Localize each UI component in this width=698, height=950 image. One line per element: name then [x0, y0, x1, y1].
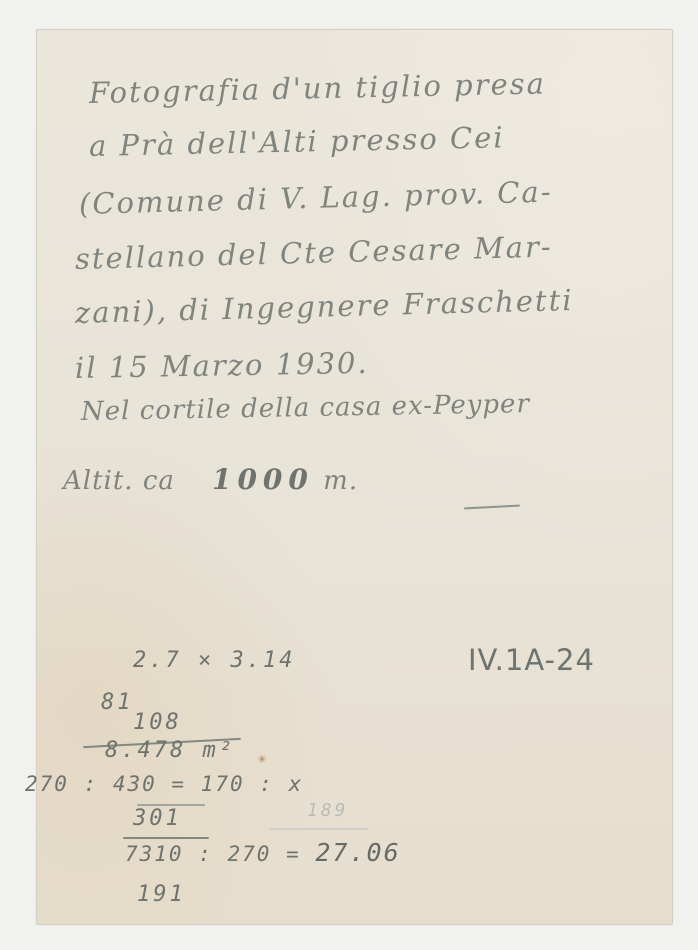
calc-division-result: 27.06	[315, 838, 400, 867]
calc-proportion: 270 : 430 = 170 : x	[25, 772, 303, 796]
calc-remainder: 301	[133, 806, 182, 831]
note-line-1: Fotografia d'un tiglio presa	[89, 66, 547, 110]
calc-division: 7310 : 270 = 27.06	[125, 838, 401, 867]
calc-partial-2: 108	[133, 710, 182, 735]
calc-rule-faint	[269, 828, 369, 830]
calc-faint-erased: 189	[307, 800, 349, 821]
calc-division-expression: 7310 : 270 =	[125, 842, 315, 866]
altitude-line: Altit. ca 1000 m.	[63, 463, 358, 496]
photograph-verso-paper: Fotografia d'un tiglio presa a Prà dell'…	[36, 29, 673, 925]
calc-partial-1: 81	[101, 690, 134, 715]
note-line-2: a Prà dell'Alti presso Cei	[89, 120, 505, 163]
note-line-date: il 15 Marzo 1930.	[75, 346, 369, 385]
pencil-underline-stroke	[464, 505, 520, 510]
note-line-4: stellano del Cte Cesare Mar-	[75, 229, 553, 275]
calc-product: 8.478 m²	[105, 738, 235, 763]
note-line-location: Nel cortile della casa ex-Peyper	[81, 389, 530, 427]
calc-multiplication: 2.7 × 3.14	[133, 648, 295, 673]
altitude-unit: m.	[323, 466, 358, 496]
calc-final-remainder: 191	[137, 882, 186, 907]
altitude-value: 1000	[212, 463, 314, 496]
foxing-stain	[257, 754, 267, 764]
altitude-prefix: Altit. ca	[63, 466, 175, 496]
note-line-3: (Comune di V. Lag. prov. Ca-	[79, 175, 553, 221]
note-line-5: zani), di Ingegnere Fraschetti	[75, 283, 574, 330]
reference-code: IV.1A-24	[468, 643, 595, 677]
